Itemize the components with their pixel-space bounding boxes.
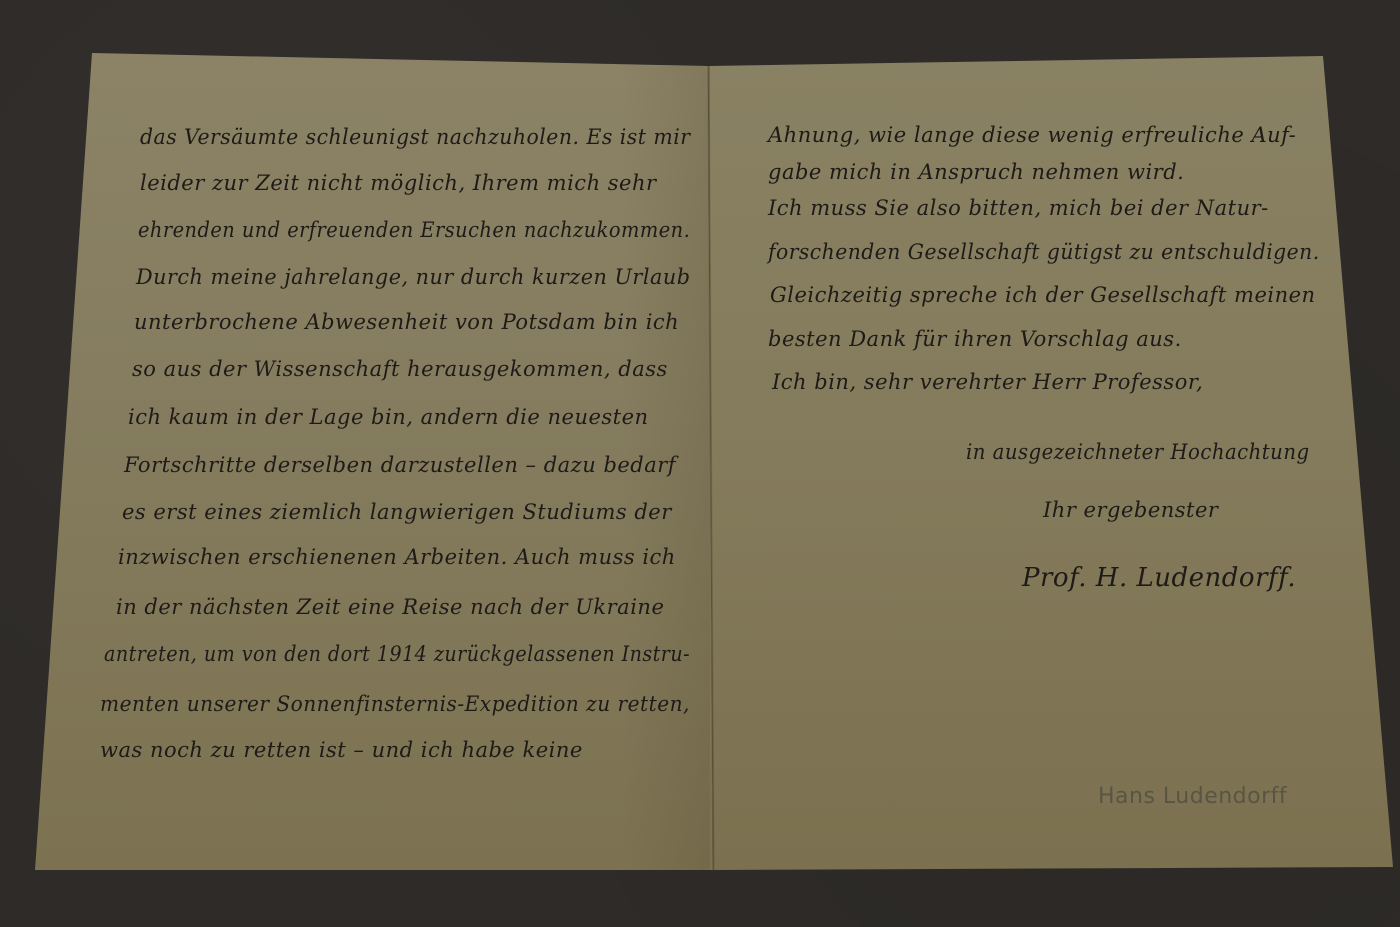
fold-shadow — [620, 66, 710, 871]
letter-sheet — [0, 0, 1400, 927]
